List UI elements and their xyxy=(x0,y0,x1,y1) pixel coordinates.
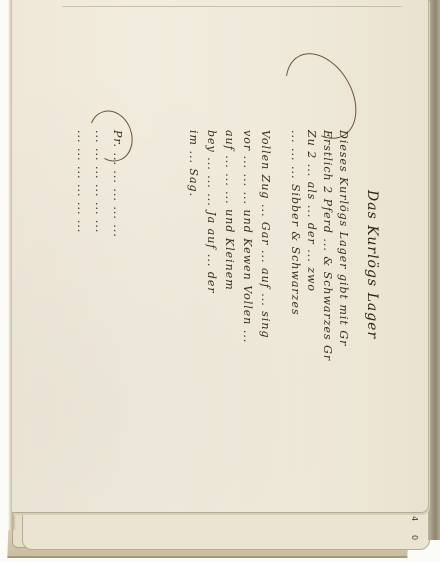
top-fold-line xyxy=(62,6,402,7)
heading: Das Kurlögs Lager xyxy=(365,190,379,339)
line: Zu 2 ... als ... der ... zwo xyxy=(306,130,317,292)
line: Erstlich 2 Pferd ... & Schwarzes Gr xyxy=(322,130,333,361)
line: auf ... ... ... und Kleinem xyxy=(224,130,235,291)
line: vor ... ... ... und Kewen Vollen ... xyxy=(242,130,253,343)
line: Pr. ... ... ... ... ... xyxy=(112,130,123,238)
line: Vollen Zug ... Gar ... auf ... sing xyxy=(260,130,271,339)
manuscript-writing: Das Kurlögs Lager Dieses Kurlögs Lager g… xyxy=(60,130,400,500)
line: ... ... ... ... ... ... xyxy=(76,130,87,233)
line: im ... Sag. xyxy=(188,130,199,197)
folio-number: 4 xyxy=(410,516,419,521)
line: ... ... ... Sibber & Schwarzes xyxy=(290,130,301,316)
line: ... ... ... ... ... ... xyxy=(94,130,105,233)
book-spine-edge xyxy=(428,0,440,540)
line: Dieses Kurlögs Lager gibt mit Gr xyxy=(338,130,349,346)
folio-number: 0 xyxy=(410,535,419,540)
line: bey ... ... ... Ja auf ... der xyxy=(206,130,217,294)
